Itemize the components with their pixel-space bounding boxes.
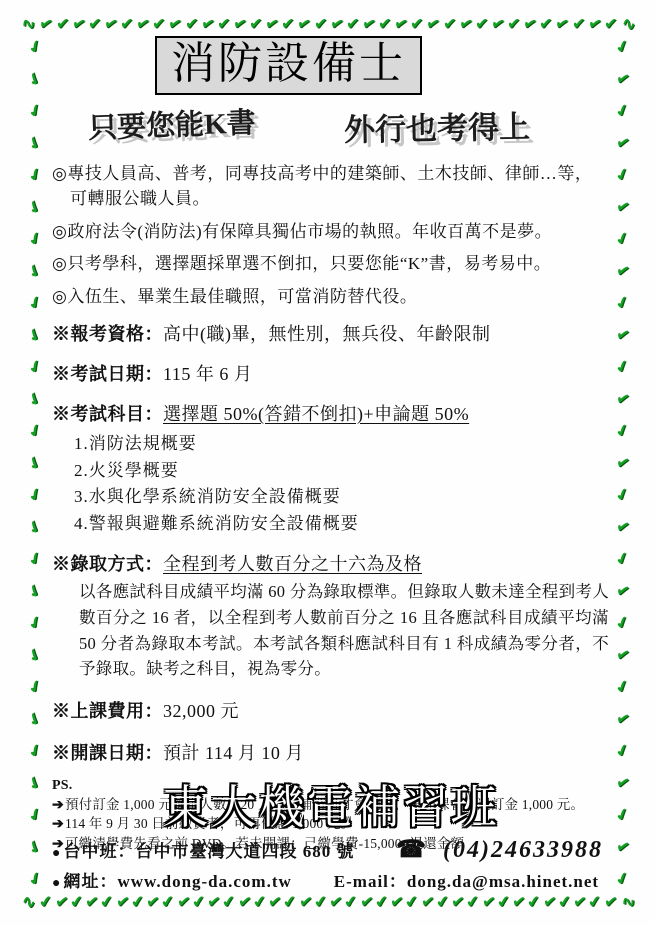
slogan-right: 外行也考得上 — [343, 101, 530, 149]
benefit-bullet: ◎政府法令(消防法)有保障具獨佔市場的執照。年收百萬不是夢。 — [52, 219, 609, 245]
contact-line-branch: ● 台中班： 台中市臺灣大道四段 680 號 ☎ (04)24633988 — [52, 835, 609, 864]
decorative-border-right: ✔✔✔✔✔✔✔✔✔✔✔✔✔✔✔✔✔✔✔✔✔✔✔✔✔✔✔ — [613, 40, 633, 888]
slogan-row: 只要您能K書 外行也考得上 — [52, 103, 609, 148]
subject-item: 1.消防法規概要 — [74, 431, 609, 458]
border-glyph-row: ✔✔✔✔✔✔✔✔✔✔✔✔✔✔✔✔✔✔✔✔✔✔✔✔✔✔✔✔✔✔✔✔✔✔✔✔✔✔ — [35, 895, 621, 911]
branch-label: 台中班： — [63, 837, 135, 862]
section-value: 預計 114 月 10 月 — [163, 743, 304, 763]
website-label: 網址： — [63, 867, 117, 892]
phone-number: (04)24633988 — [443, 837, 603, 864]
subject-item: 2.火災學概要 — [74, 458, 609, 485]
section-value-underlined: 全程到考人數百分之十六為及格 — [163, 554, 422, 574]
section-start-date: ※開課日期：預計 114 月 10 月 — [52, 739, 609, 765]
benefit-bullet-list: ◎專技人員高、普考，同專技高考中的建築師、土木技師、律師…等，可轉服公職人員。 … — [52, 161, 609, 310]
flyer-page: ∿✔✔✔✔✔✔✔✔✔✔✔✔✔✔✔✔✔✔✔✔✔✔✔✔✔✔✔✔✔✔✔✔✔✔✔✔∿ ∿… — [0, 0, 655, 926]
email-address: dong.da@msa.hinet.net — [407, 872, 599, 891]
section-label: ※錄取方式： — [52, 554, 163, 574]
flyer-content: 消防設備士 只要您能K書 外行也考得上 ◎專技人員高、普考，同專技高考中的建築師… — [52, 34, 609, 854]
section-exam-subjects: ※考試科目：選擇題 50%(答錯不倒扣)+申論題 50% — [52, 400, 609, 426]
school-name: 東大機電補習班 — [52, 784, 609, 832]
footer: 東大機電補習班 ● 台中班： 台中市臺灣大道四段 680 號 ☎ (04)246… — [52, 784, 609, 892]
telephone-icon: ☎ — [396, 835, 427, 864]
border-glyph-row: ✔✔✔✔✔✔✔✔✔✔✔✔✔✔✔✔✔✔✔✔✔✔✔✔✔✔✔✔✔✔✔✔✔✔✔✔ — [35, 17, 621, 33]
admission-detail: 以各應試科目成績平均滿 60 分為錄取標準。但錄取人數未達全程到考人數百分之 1… — [79, 579, 609, 682]
section-label: ※考試日期： — [52, 364, 163, 384]
decorative-border-left: ✔✔✔✔✔✔✔✔✔✔✔✔✔✔✔✔✔✔✔✔✔✔✔✔✔✔✔ — [26, 40, 46, 888]
section-fee: ※上課費用：32,000 元 — [52, 697, 609, 723]
subject-item: 4.警報與避難系統消防安全設備概要 — [74, 511, 609, 538]
email-label: E-mail： — [334, 872, 407, 891]
border-corner-swirl-icon: ∿ — [620, 894, 637, 913]
border-corner-swirl-icon: ∿ — [20, 16, 36, 34]
branch-address: 台中市臺灣大道四段 680 號 — [135, 837, 354, 862]
website-url: www.dong-da.com.tw — [117, 872, 291, 892]
section-value: 32,000 元 — [163, 701, 239, 721]
section-label: ※報考資格： — [52, 324, 163, 344]
slogan-left: 只要您能K書 — [87, 100, 256, 147]
main-title: 消防設備士 — [155, 36, 422, 95]
benefit-bullet: ◎只考學科，選擇題採單選不倒扣，只要您能“K”書，易考易中。 — [52, 251, 609, 277]
benefit-bullet: ◎專技人員高、普考，同專技高考中的建築師、土木技師、律師…等，可轉服公職人員。 — [52, 161, 609, 212]
circle-bullet-icon: ● — [52, 876, 61, 892]
section-exam-date: ※考試日期：115 年 6 月 — [52, 360, 609, 386]
border-corner-swirl-icon: ∿ — [621, 16, 637, 34]
section-label: ※考試科目： — [52, 404, 163, 424]
decorative-border-bottom: ∿✔✔✔✔✔✔✔✔✔✔✔✔✔✔✔✔✔✔✔✔✔✔✔✔✔✔✔✔✔✔✔✔✔✔✔✔✔✔∿ — [22, 892, 635, 914]
email-group: E-mail：dong.da@msa.hinet.net — [334, 867, 599, 892]
benefit-bullet: ◎入伍生、畢業生最佳職照，可當消防替代役。 — [52, 284, 609, 310]
section-label: ※上課費用： — [52, 701, 163, 721]
section-value-underlined: 選擇題 50%(答錯不倒扣)+申論題 50% — [163, 404, 469, 424]
section-admission: ※錄取方式：全程到考人數百分之十六為及格 — [52, 550, 609, 576]
subject-list: 1.消防法規概要 2.火災學概要 3.水與化學系統消防安全設備概要 4.警報與避… — [74, 431, 609, 537]
section-value: 高中(職)畢，無性別，無兵役、年齡限制 — [163, 324, 491, 344]
subject-item: 3.水與化學系統消防安全設備概要 — [74, 484, 609, 511]
section-label: ※開課日期： — [52, 743, 163, 763]
phone-group: ☎ (04)24633988 — [396, 835, 609, 864]
circle-bullet-icon: ● — [52, 846, 61, 862]
border-corner-swirl-icon: ∿ — [21, 894, 37, 912]
contact-line-web: ● 網址： www.dong-da.com.tw E-mail：dong.da@… — [52, 867, 609, 892]
section-qualification: ※報考資格：高中(職)畢，無性別，無兵役、年齡限制 — [52, 320, 609, 346]
section-value: 115 年 6 月 — [163, 364, 252, 384]
decorative-border-top: ∿✔✔✔✔✔✔✔✔✔✔✔✔✔✔✔✔✔✔✔✔✔✔✔✔✔✔✔✔✔✔✔✔✔✔✔✔∿ — [22, 14, 635, 36]
